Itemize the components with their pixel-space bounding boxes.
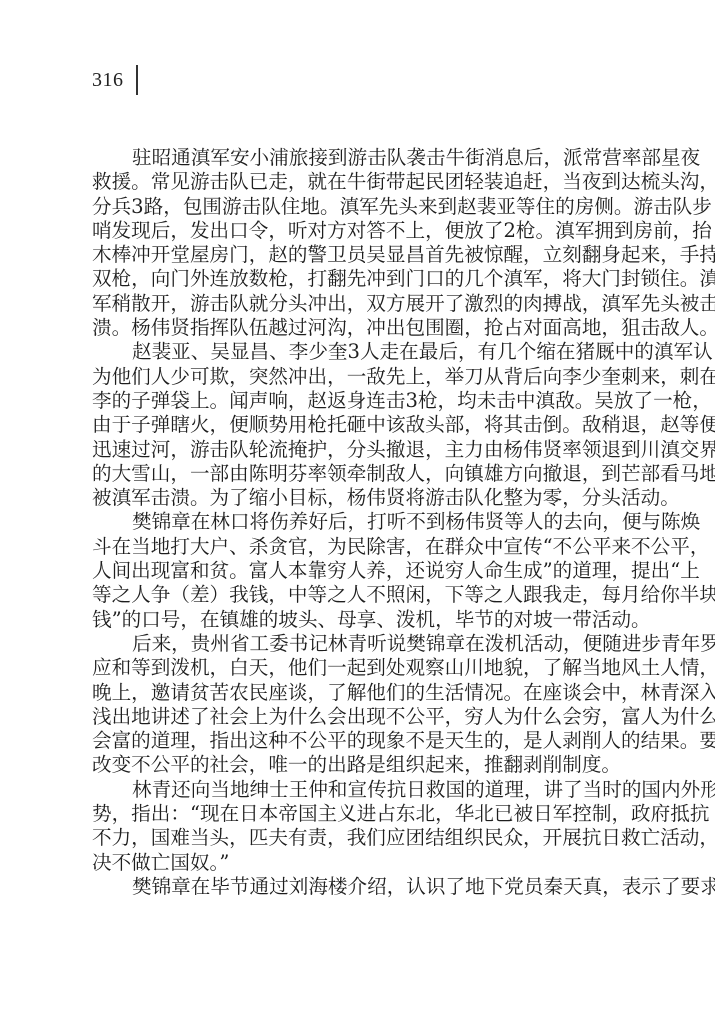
paragraph: 樊锦章在毕节通过刘海楼介绍，认识了地下党员秦天真，表示了要求 (92, 875, 666, 899)
text-line: 后来，贵州省工委书记林青听说樊锦章在泼机活动，便随进步青年罗 (92, 632, 666, 656)
text-line: 浅出地讲述了社会上为什么会出现不公平，穷人为什么会穷，富人为什么 (92, 705, 666, 729)
paragraph: 后来，贵州省工委书记林青听说樊锦章在泼机活动，便随进步青年罗 应和等到泼机，白天… (92, 632, 666, 778)
paragraph: 樊锦章在林口将伤养好后，打听不到杨伟贤等人的去向，便与陈焕 斗在当地打大户、杀贪… (92, 510, 666, 631)
text-line: 会富的道理，指出这种不公平的现象不是天生的，是人剥削人的结果。要 (92, 729, 666, 753)
text-line: 哨发现后，发出口令，听对方对答不上，便放了2枪。滇军拥到房前，抬 (92, 219, 666, 243)
text-line: 双枪，向门外连放数枪，打翻先冲到门口的几个滇军，将大门封锁住。滇 (92, 267, 666, 291)
paragraph: 赵裴亚、吴显昌、李少奎3人走在最后，有几个缩在猪厩中的滇军认 为他们人少可欺，突… (92, 340, 666, 510)
text-line: 迅速过河，游击队轮流掩护，分头撤退，主力由杨伟贤率领退到川滇交界 (92, 438, 666, 462)
text-line: 决不做亡国奴。” (92, 851, 666, 875)
text-line: 溃。杨伟贤指挥队伍越过河沟，冲出包围圈，抢占对面高地，狙击敌人。 (92, 316, 666, 340)
text-line: 被滇军击溃。为了缩小目标，杨伟贤将游击队化整为零，分头活动。 (92, 486, 666, 510)
text-line: 应和等到泼机，白天，他们一起到处观察山川地貌，了解当地风土人情， (92, 656, 666, 680)
body-text: 驻昭通滇军安小浦旅接到游击队袭击牛街消息后，派常营率部星夜 救援。常见游击队已走… (92, 146, 666, 899)
page-header: 316 (92, 64, 138, 96)
text-line: 势，指出：“现在日本帝国主义进占东北，华北已被日军控制，政府抵抗 (92, 802, 666, 826)
text-line: 分兵3路，包围游击队住地。滇军先头来到赵裴亚等住的房侧。游击队步 (92, 195, 666, 219)
text-line: 人间出现富和贫。富人本靠穷人养，还说穷人命生成”的道理，提出“上 (92, 559, 666, 583)
paragraph: 林青还向当地绅士王仲和宣传抗日救国的道理，讲了当时的国内外形 势，指出：“现在日… (92, 778, 666, 875)
text-line: 樊锦章在林口将伤养好后，打听不到杨伟贤等人的去向，便与陈焕 (92, 510, 666, 534)
text-line: 赵裴亚、吴显昌、李少奎3人走在最后，有几个缩在猪厩中的滇军认 (92, 340, 666, 364)
page-number: 316 (92, 69, 124, 92)
text-line: 为他们人少可欺，突然冲出，一敌先上，举刀从背后向李少奎刺来，刺在 (92, 365, 666, 389)
header-divider (136, 65, 138, 95)
text-line: 驻昭通滇军安小浦旅接到游击队袭击牛街消息后，派常营率部星夜 (92, 146, 666, 170)
paragraph: 驻昭通滇军安小浦旅接到游击队袭击牛街消息后，派常营率部星夜 救援。常见游击队已走… (92, 146, 666, 340)
text-line: 等之人争（差）我钱，中等之人不照闲，下等之人跟我走，每月给你半块 (92, 583, 666, 607)
text-line: 樊锦章在毕节通过刘海楼介绍，认识了地下党员秦天真，表示了要求 (92, 875, 666, 899)
text-line: 军稍散开，游击队就分头冲出，双方展开了激烈的肉搏战，滇军先头被击 (92, 292, 666, 316)
text-line: 不力，国难当头，匹夫有责，我们应团结组织民众，开展抗日救亡活动， (92, 826, 666, 850)
text-line: 钱”的口号，在镇雄的坡头、母享、泼机，毕节的对坡一带活动。 (92, 608, 666, 632)
text-line: 木棒冲开堂屋房门，赵的警卫员吴显昌首先被惊醒，立刻翻身起来，手持 (92, 243, 666, 267)
text-line: 晚上，邀请贫苦农民座谈，了解他们的生活情况。在座谈会中，林青深入 (92, 681, 666, 705)
text-line: 救援。常见游击队已走，就在牛街带起民团轻装追赶，当夜到达梳头沟， (92, 170, 666, 194)
text-line: 改变不公平的社会，唯一的出路是组织起来，推翻剥削制度。 (92, 753, 666, 777)
text-line: 李的子弹袋上。闻声响，赵返身连击3枪，均未击中滇敌。吴放了一枪， (92, 389, 666, 413)
text-line: 林青还向当地绅士王仲和宣传抗日救国的道理，讲了当时的国内外形 (92, 778, 666, 802)
text-line: 由于子弹瞎火，便顺势用枪托砸中该敌头部，将其击倒。敌稍退，赵等便 (92, 413, 666, 437)
text-line: 斗在当地打大户、杀贪官，为民除害，在群众中宣传“不公平来不公平， (92, 535, 666, 559)
text-line: 的大雪山，一部由陈明芬率领牵制敌人，向镇雄方向撤退，到芒部看马地 (92, 462, 666, 486)
